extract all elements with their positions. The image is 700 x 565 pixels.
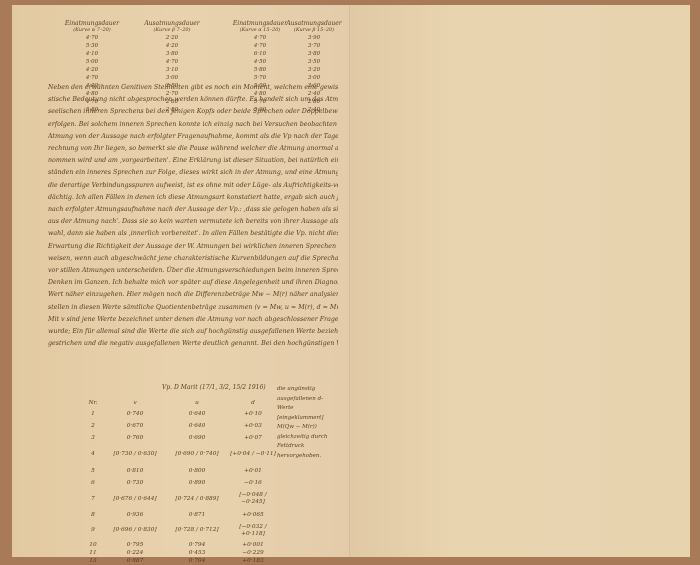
cell: 7 (82, 496, 104, 503)
text-line: Mit v sind jene Werte bezeichnet unter d… (48, 314, 338, 326)
left-page: Einatmungsdauer (Kurve α 7–20) 4·70 5·30… (12, 5, 350, 557)
text-line: Erwartung die Richtigkeit der Aussage de… (48, 241, 338, 253)
table-row: 80·9360·871+0·065 (82, 509, 302, 521)
cell: 3·90 (284, 34, 344, 42)
cell: 0·936 (104, 512, 166, 519)
cell: 0·224 (104, 550, 166, 557)
cell: [0·724 / 0·889] (166, 496, 228, 503)
cell: −0·16 (228, 480, 278, 487)
cell: 10 (82, 542, 104, 549)
cell: 4·70 (230, 34, 290, 42)
table-row: 110·2240·453−0·229 (82, 550, 302, 558)
text-line: dächtig. Ich allen Fällen in denen ich d… (48, 192, 338, 204)
table-row: 4[0·730 / 0·630][0·690 / 0·740][+0·04 / … (82, 444, 302, 466)
cell: 0·640 (166, 423, 228, 430)
table-row: 9[0·696 / 0·830][0·728 / 0·712][−0·032 /… (82, 521, 302, 541)
cell: 5·30 (62, 42, 122, 50)
cell: 3·80 (284, 50, 344, 58)
cell: 4·70 (62, 34, 122, 42)
cell: 3·10 (142, 66, 202, 74)
header-u: u (166, 400, 228, 407)
table-row: 7[0·676 / 0·644][0·724 / 0·889][−0·048 /… (82, 489, 302, 509)
table-row: 30·7600·690+0·07 (82, 432, 302, 444)
cell: [0·690 / 0·740] (166, 451, 228, 458)
table-row: 100·7950·794+0·001 (82, 541, 302, 550)
cell: 3·20 (284, 66, 344, 74)
text-line: ständen ein inneres Sprechen zur Folge, … (48, 167, 338, 179)
text-line: stellen in diesen Werte sämtliche Quotie… (48, 302, 338, 314)
cell: +0·07 (228, 435, 278, 442)
text-line: stische Bedeutung nicht abgesprochen wer… (48, 94, 338, 106)
body-paragraph: Neben den erwähnten Genitiven Stellheite… (48, 82, 338, 350)
cell: 0·890 (166, 480, 228, 487)
cell: 2·20 (142, 34, 202, 42)
cell: 0·690 (166, 435, 228, 442)
cell: +0·065 (228, 512, 278, 519)
cell: 0·800 (166, 468, 228, 475)
cell: 13 (82, 558, 104, 565)
cell: +0·183 (228, 558, 278, 565)
cell: 0·760 (104, 435, 166, 442)
cell: 4·50 (230, 58, 290, 66)
cell: 4·70 (142, 58, 202, 66)
table-row: 60·7300·890−0·16 (82, 477, 302, 489)
text-line: Atmung von der Aussage nach erfolgter Fr… (48, 131, 338, 143)
cell: +0·01 (228, 468, 278, 475)
cell: 4·10 (62, 50, 122, 58)
table-row: 50·8100·800+0·01 (82, 466, 302, 478)
cell: [−0·048 / −0·245] (228, 492, 278, 505)
cell: 5·70 (230, 74, 290, 82)
table-title: Vp. D Marit (17/1, 3/2, 15/2 1916) (162, 385, 266, 392)
cell: 11 (82, 550, 104, 557)
text-line: seelischen inneren Sprechens bei den jen… (48, 106, 338, 118)
cell: [+0·04 / −0·11] (228, 451, 278, 458)
cell: [0·730 / 0·630] (104, 451, 166, 458)
cell: 2 (82, 423, 104, 430)
cell: −0·229 (228, 550, 278, 557)
cell: 3·80 (142, 50, 202, 58)
cell: 5·80 (230, 66, 290, 74)
text-line: vor stillen Atmungen unterscheiden. Über… (48, 265, 338, 277)
text-line: die derartige Verbindungsspuren aufweist… (48, 180, 338, 192)
cell: [−0·032 / +0·118] (228, 524, 278, 537)
cell: +0·03 (228, 423, 278, 430)
cell: 4·70 (230, 42, 290, 50)
cell: 4 (82, 451, 104, 458)
cell: 3·70 (284, 42, 344, 50)
cell: 0·871 (166, 512, 228, 519)
text-line: nommen wird und am ‚vorgearbeiten'. Eine… (48, 155, 338, 167)
text-line: gestrichen und die negativ ausgefallenen… (48, 338, 338, 350)
cell: 4·70 (62, 74, 122, 82)
cell: 0·704 (166, 558, 228, 565)
text-line: erfolgen. Bei solchem inneren Sprechen k… (48, 119, 338, 131)
text-line: Neben den erwähnten Genitiven Stellheite… (48, 82, 338, 94)
cell: 3·50 (284, 58, 344, 66)
cell: 0·740 (104, 411, 166, 418)
cell: 6·10 (230, 50, 290, 58)
header-d: d (228, 400, 278, 407)
cell: 5 (82, 468, 104, 475)
cell: 8 (82, 512, 104, 519)
cell: 3·00 (284, 74, 344, 82)
text-line: aus der Atmung nach'. Dass sie so kein w… (48, 216, 338, 228)
text-line: nach erfolgter Atmungsaufnahme nach der … (48, 204, 338, 216)
cell: 6 (82, 480, 104, 487)
header-no: Nr. (82, 400, 104, 407)
right-page-blank (350, 5, 690, 557)
cell: 0·794 (166, 542, 228, 549)
text-line: weisen, wenn auch abgeschwächt jene char… (48, 253, 338, 265)
cell: 0·453 (166, 550, 228, 557)
text-line: rechnung von Ihr liegen, so bemerkt sie … (48, 143, 338, 155)
cell: 9 (82, 527, 104, 534)
text-line: Denken im Ganzen. Ich behalte mich vor s… (48, 277, 338, 289)
cell: 0·810 (104, 468, 166, 475)
text-line: wurde; Ein für allemal sind die Werte di… (48, 326, 338, 338)
cell: [0·728 / 0·712] (166, 527, 228, 534)
table-header-row: Nr. v u d (82, 397, 302, 409)
cell: 3·00 (142, 74, 202, 82)
cell: 4·20 (62, 66, 122, 74)
cell: 1 (82, 411, 104, 418)
cell: +0·001 (228, 542, 278, 549)
text-line: wahl, dann sie haben als ‚innerlich vorb… (48, 228, 338, 240)
cell: 0·795 (104, 542, 166, 549)
header-v: v (104, 400, 166, 407)
cell: [0·676 / 0·644] (104, 496, 166, 503)
cell: 0·670 (104, 423, 166, 430)
cell: 0·887 (104, 558, 166, 565)
cell: 5·00 (62, 58, 122, 66)
cell: [0·696 / 0·830] (104, 527, 166, 534)
table-row: 20·6700·640+0·03 (82, 420, 302, 432)
cell: 4·20 (142, 42, 202, 50)
text-line: Wert näher einzugehen. Hier mögen noch d… (48, 289, 338, 301)
cell: 0·730 (104, 480, 166, 487)
cell: 3 (82, 435, 104, 442)
cell: +0·10 (228, 411, 278, 418)
table-row: 130·8870·704+0·183 (82, 558, 302, 565)
results-table: Nr. v u d 10·7400·640+0·10 20·6700·640+0… (82, 397, 302, 565)
table-row: 10·7400·640+0·10 (82, 409, 302, 421)
cell: 0·640 (166, 411, 228, 418)
